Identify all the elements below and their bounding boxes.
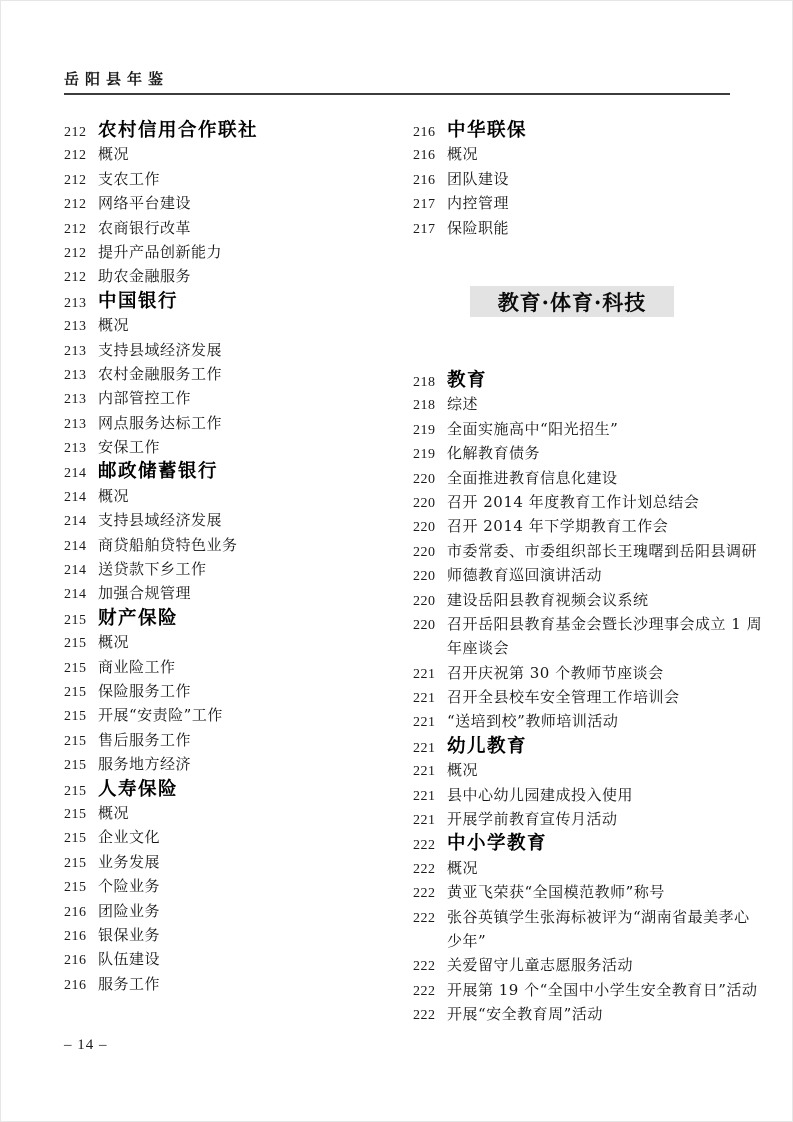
entry-page-number: 212 — [64, 242, 98, 266]
entry-title: 支农工作 — [98, 170, 160, 188]
toc-entry: 213概况 — [64, 313, 409, 337]
entry-title: 农村金融服务工作 — [98, 365, 222, 383]
entry-page-number: 220 — [413, 590, 447, 614]
entry-page-number: 213 — [64, 388, 98, 412]
entry-title: 财产保险 — [98, 607, 178, 628]
entry-title: 个险业务 — [98, 877, 160, 895]
entry-page-number: 216 — [64, 949, 98, 973]
toc-entry: 216团险业务 — [64, 899, 409, 923]
entry-title: 关爱留守儿童志愿服务活动 — [447, 956, 633, 974]
entry-page-number: 221 — [413, 687, 447, 711]
toc-entry: 222黄亚飞荣获“全国模范教师”称号 — [413, 880, 758, 904]
entry-title: 概况 — [98, 316, 129, 334]
toc-entry: 217保险职能 — [413, 216, 758, 240]
entry-title: 保险职能 — [447, 219, 509, 237]
entry-page-number: 222 — [413, 907, 447, 931]
toc-entry: 212支农工作 — [64, 167, 409, 191]
toc-entry: 220召开岳阳县教育基金会暨长沙理事会成立 1 周 — [413, 612, 758, 636]
entry-page-number: 216 — [64, 925, 98, 949]
entry-title: 助农金融服务 — [98, 267, 191, 285]
toc-entry: 221开展学前教育宣传月活动 — [413, 807, 758, 831]
entry-page-number: 214 — [64, 510, 98, 534]
entry-title: 企业文化 — [98, 828, 160, 846]
toc-entry: 221召开庆祝第 30 个教师节座谈会 — [413, 661, 758, 685]
entry-title: 中小学教育 — [447, 832, 547, 853]
entry-title: 年座谈会 — [447, 639, 509, 657]
entry-title: 支持县域经济发展 — [98, 341, 222, 359]
entry-title: 商贷船舶贷特色业务 — [98, 536, 238, 554]
toc-entry: 216团队建设 — [413, 167, 758, 191]
entry-title: 全面实施高中“阳光招生” — [447, 420, 618, 438]
entry-title: 农商银行改革 — [98, 219, 191, 237]
toc-entry: 215售后服务工作 — [64, 728, 409, 752]
toc-entry: 215概况 — [64, 630, 409, 654]
entry-title: 保险服务工作 — [98, 682, 191, 700]
toc-entry: 215开展“安责险”工作 — [64, 703, 409, 727]
entry-page-number: 219 — [413, 419, 447, 443]
entry-title: 教育 — [447, 369, 487, 390]
entry-page-number: 216 — [413, 144, 447, 168]
entry-title: 召开庆祝第 30 个教师节座谈会 — [447, 664, 664, 682]
toc-entry: 213内部管控工作 — [64, 386, 409, 410]
entry-page-number: 220 — [413, 468, 447, 492]
entry-title: 开展“安全教育周”活动 — [447, 1005, 603, 1023]
entry-page-number: 220 — [413, 614, 447, 638]
entry-page-number: 217 — [413, 218, 447, 242]
entry-title: 服务地方经济 — [98, 755, 191, 773]
entry-title: 服务工作 — [98, 975, 160, 993]
entry-page-number: 218 — [413, 394, 447, 418]
toc-entry: 220召开 2014 年下学期教育工作会 — [413, 514, 758, 538]
toc-section-entry: 216中华联保 — [413, 118, 758, 142]
entry-page-number: 221 — [413, 760, 447, 784]
entry-title: 市委常委、市委组织部长王瑰曙到岳阳县调研 — [447, 542, 757, 560]
toc-section-entry: 212农村信用合作联社 — [64, 118, 409, 142]
toc-entry: 222开展第 19 个“全国中小学生安全教育日”活动 — [413, 978, 758, 1002]
entry-page-number: 215 — [64, 754, 98, 778]
toc-section-entry: 213中国银行 — [64, 289, 409, 313]
toc-entry: 220全面推进教育信息化建设 — [413, 466, 758, 490]
entry-title: 中国银行 — [98, 290, 178, 311]
entry-page-number: 212 — [64, 218, 98, 242]
toc-entry: 222开展“安全教育周”活动 — [413, 1002, 758, 1026]
entry-page-number: 216 — [413, 169, 447, 193]
toc-entry: 220建设岳阳县教育视频会议系统 — [413, 588, 758, 612]
entry-title: 概况 — [447, 761, 478, 779]
entry-title: 建设岳阳县教育视频会议系统 — [447, 591, 649, 609]
entry-title: 师德教育巡回演讲活动 — [447, 566, 602, 584]
toc-entry: 214概况 — [64, 484, 409, 508]
entry-title: 团险业务 — [98, 902, 160, 920]
entry-page-number: 213 — [64, 340, 98, 364]
entry-title: 概况 — [98, 487, 129, 505]
entry-title: 化解教育债务 — [447, 444, 540, 462]
entry-page-number: 215 — [64, 632, 98, 656]
toc-entry: 213安保工作 — [64, 435, 409, 459]
entry-title: 召开 2014 年度教育工作计划总结会 — [447, 493, 699, 511]
entry-page-number: 215 — [64, 730, 98, 754]
entry-title: 开展“安责险”工作 — [98, 706, 223, 724]
toc-entry: 221概况 — [413, 758, 758, 782]
entry-page-number: 215 — [64, 827, 98, 851]
entry-page-number: 222 — [413, 980, 447, 1004]
toc-entry: 219全面实施高中“阳光招生” — [413, 417, 758, 441]
entry-title: 农村信用合作联社 — [98, 119, 258, 140]
toc-entry: 213农村金融服务工作 — [64, 362, 409, 386]
entry-page-number: 212 — [64, 144, 98, 168]
entry-page-number: 213 — [64, 413, 98, 437]
entry-page-number: 214 — [64, 535, 98, 559]
toc-section-entry: 222中小学教育 — [413, 831, 758, 855]
toc-entry: 222关爱留守儿童志愿服务活动 — [413, 953, 758, 977]
toc-entry: 215保险服务工作 — [64, 679, 409, 703]
toc-entry: 222概况 — [413, 856, 758, 880]
entry-title: 团队建设 — [447, 170, 509, 188]
yearbook-toc-page: 岳阳县年鉴 212农村信用合作联社212概况212支农工作212网络平台建设21… — [0, 0, 793, 1122]
entry-title: 队伍建设 — [98, 950, 160, 968]
entry-title: 安保工作 — [98, 438, 160, 456]
entry-page-number: 215 — [64, 876, 98, 900]
header-rule — [64, 93, 730, 95]
entry-page-number: 213 — [64, 437, 98, 461]
toc-entry: 218综述 — [413, 392, 758, 416]
entry-title: 人寿保险 — [98, 778, 178, 799]
entry-page-number: 222 — [413, 858, 447, 882]
toc-entry: 214加强合规管理 — [64, 581, 409, 605]
toc-section-entry: 215财产保险 — [64, 606, 409, 630]
toc-section-entry: 218教育 — [413, 368, 758, 392]
entry-page-number: 214 — [64, 486, 98, 510]
entry-title: 概况 — [98, 633, 129, 651]
entry-title: 概况 — [447, 859, 478, 877]
entry-page-number: 214 — [64, 559, 98, 583]
entry-title: 网点服务达标工作 — [98, 414, 222, 432]
entry-title: 提升产品创新能力 — [98, 243, 222, 261]
entry-title: 内部管控工作 — [98, 389, 191, 407]
entry-title: 商业险工作 — [98, 658, 176, 676]
toc-entry: 212网络平台建设 — [64, 191, 409, 215]
toc-entry: 219化解教育债务 — [413, 441, 758, 465]
toc-entry: 220师德教育巡回演讲活动 — [413, 563, 758, 587]
entry-title: 召开 2014 年下学期教育工作会 — [447, 517, 668, 535]
toc-entry: 213支持县域经济发展 — [64, 338, 409, 362]
toc-section-entry: 215人寿保险 — [64, 777, 409, 801]
entry-page-number: 216 — [64, 974, 98, 998]
toc-entry: 215业务发展 — [64, 850, 409, 874]
entry-page-number: 217 — [413, 193, 447, 217]
toc-entry: 212提升产品创新能力 — [64, 240, 409, 264]
entry-title: 幼儿教育 — [447, 735, 527, 756]
entry-page-number: 220 — [413, 516, 447, 540]
toc-section-entry: 221幼儿教育 — [413, 734, 758, 758]
entry-page-number: 213 — [64, 315, 98, 339]
entry-page-number: 216 — [64, 901, 98, 925]
entry-title: 张谷英镇学生张海标被评为“湖南省最美孝心 — [447, 908, 750, 926]
entry-page-number: 222 — [413, 882, 447, 906]
entry-title: 加强合规管理 — [98, 584, 191, 602]
toc-right-column-top: 216中华联保216概况216团队建设217内控管理217保险职能 — [413, 118, 758, 240]
toc-entry: 220召开 2014 年度教育工作计划总结会 — [413, 490, 758, 514]
toc-entry: 212农商银行改革 — [64, 216, 409, 240]
entry-title: 概况 — [98, 804, 129, 822]
toc-entry-continuation: 少年” — [413, 929, 758, 953]
entry-title: 概况 — [98, 145, 129, 163]
toc-entry: 217内控管理 — [413, 191, 758, 215]
entry-title: 送贷款下乡工作 — [98, 560, 207, 578]
entry-title: 概况 — [447, 145, 478, 163]
entry-page-number: 215 — [64, 803, 98, 827]
toc-entry: 216服务工作 — [64, 972, 409, 996]
entry-page-number: 221 — [413, 809, 447, 833]
entry-title: 全面推进教育信息化建设 — [447, 469, 618, 487]
entry-title: 召开岳阳县教育基金会暨长沙理事会成立 1 周 — [447, 615, 762, 633]
entry-page-number: 219 — [413, 443, 447, 467]
entry-title: 县中心幼儿园建成投入使用 — [447, 786, 633, 804]
toc-entry: 212概况 — [64, 142, 409, 166]
entry-title: 中华联保 — [447, 119, 527, 140]
toc-entry: 212助农金融服务 — [64, 264, 409, 288]
toc-entry: 222张谷英镇学生张海标被评为“湖南省最美孝心 — [413, 905, 758, 929]
toc-entry: 214商贷船舶贷特色业务 — [64, 533, 409, 557]
toc-entry: 215个险业务 — [64, 874, 409, 898]
entry-page-number: 222 — [413, 1004, 447, 1028]
entry-title: 开展第 19 个“全国中小学生安全教育日”活动 — [447, 981, 757, 999]
toc-entry: 215服务地方经济 — [64, 752, 409, 776]
entry-title: 开展学前教育宣传月活动 — [447, 810, 618, 828]
toc-entry: 215企业文化 — [64, 825, 409, 849]
entry-title: 黄亚飞荣获“全国模范教师”称号 — [447, 883, 665, 901]
toc-left-column: 212农村信用合作联社212概况212支农工作212网络平台建设212农商银行改… — [64, 118, 409, 996]
section-banner: 教育·体育·科技 — [470, 286, 674, 317]
entry-page-number: 212 — [64, 169, 98, 193]
toc-entry: 221“送培到校”教师培训活动 — [413, 709, 758, 733]
toc-entry: 216银保业务 — [64, 923, 409, 947]
entry-page-number: 221 — [413, 711, 447, 735]
toc-section-entry: 214邮政储蓄银行 — [64, 459, 409, 483]
toc-entry: 220市委常委、市委组织部长王瑰曙到岳阳县调研 — [413, 539, 758, 563]
entry-page-number: 215 — [64, 852, 98, 876]
toc-entry: 215概况 — [64, 801, 409, 825]
entry-title: 召开全县校车安全管理工作培训会 — [447, 688, 680, 706]
entry-title: 售后服务工作 — [98, 731, 191, 749]
footer-page-number: – 14 – — [64, 1037, 108, 1054]
entry-page-number: 215 — [64, 705, 98, 729]
entry-page-number: 212 — [64, 193, 98, 217]
entry-page-number: 221 — [413, 785, 447, 809]
entry-title: 业务发展 — [98, 853, 160, 871]
entry-title: 内控管理 — [447, 194, 509, 212]
entry-title: 支持县域经济发展 — [98, 511, 222, 529]
entry-page-number: 212 — [64, 266, 98, 290]
entry-title: 少年” — [447, 932, 486, 950]
entry-title: 网络平台建设 — [98, 194, 191, 212]
toc-entry: 213网点服务达标工作 — [64, 411, 409, 435]
entry-title: 综述 — [447, 395, 478, 413]
toc-entry-continuation: 年座谈会 — [413, 636, 758, 660]
entry-page-number: 220 — [413, 565, 447, 589]
entry-page-number: 222 — [413, 955, 447, 979]
toc-entry: 221县中心幼儿园建成投入使用 — [413, 783, 758, 807]
entry-page-number: 213 — [64, 364, 98, 388]
toc-entry: 216概况 — [413, 142, 758, 166]
toc-entry: 214支持县域经济发展 — [64, 508, 409, 532]
entry-title: 银保业务 — [98, 926, 160, 944]
toc-entry: 215商业险工作 — [64, 655, 409, 679]
entry-title: 邮政储蓄银行 — [98, 460, 218, 481]
entry-page-number: 220 — [413, 541, 447, 565]
running-head-title: 岳阳县年鉴 — [64, 68, 169, 89]
toc-entry: 221召开全县校车安全管理工作培训会 — [413, 685, 758, 709]
toc-entry: 216队伍建设 — [64, 947, 409, 971]
entry-page-number: 221 — [413, 663, 447, 687]
entry-page-number: 220 — [413, 492, 447, 516]
toc-right-column-bottom: 218教育218综述219全面实施高中“阳光招生”219化解教育债务220全面推… — [413, 368, 758, 1027]
toc-entry: 214送贷款下乡工作 — [64, 557, 409, 581]
entry-page-number: 215 — [64, 681, 98, 705]
entry-page-number: 215 — [64, 657, 98, 681]
entry-title: “送培到校”教师培训活动 — [447, 712, 618, 730]
entry-page-number: 214 — [64, 583, 98, 607]
